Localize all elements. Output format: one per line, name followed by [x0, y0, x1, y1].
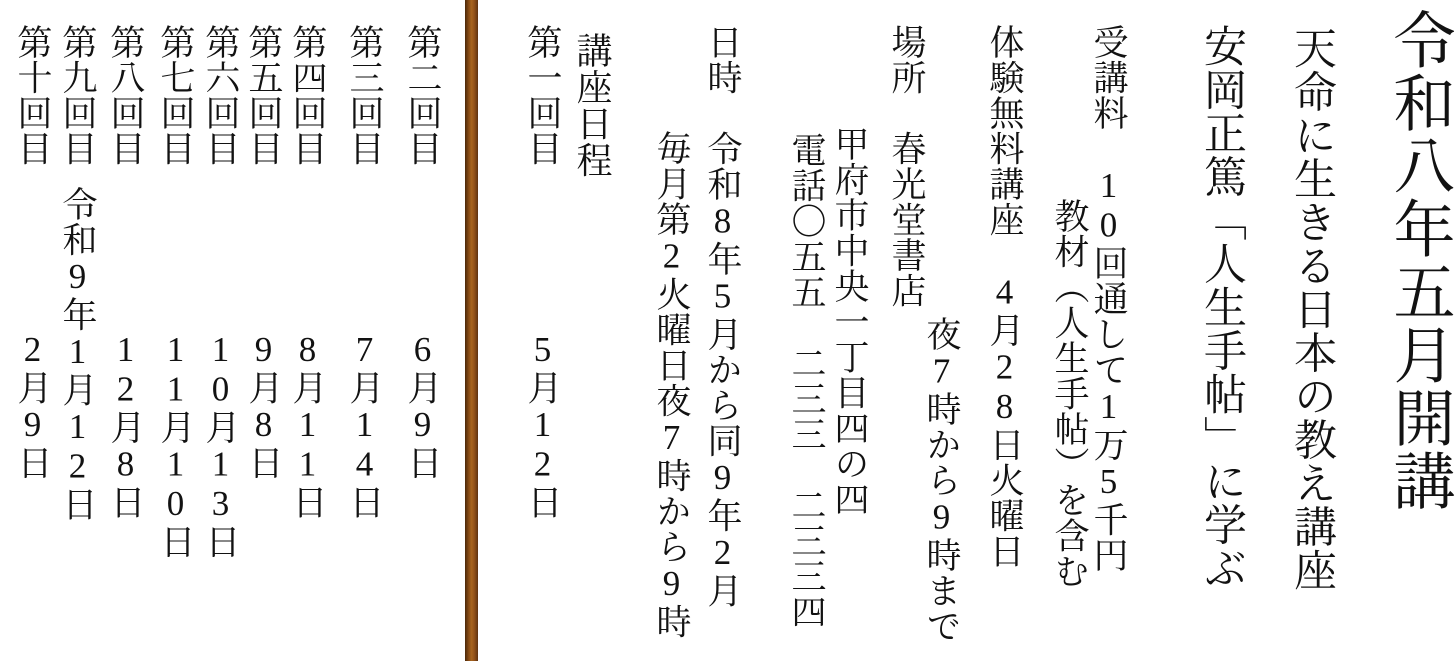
- datetime-note: 毎月第2火曜日夜7時から9時: [654, 130, 689, 639]
- phone-line: 電話〇五五 二三三 二三三四: [789, 132, 824, 629]
- session-9-date: 令和9年1月12日: [60, 186, 95, 522]
- session-5-date: 9月8日: [246, 330, 281, 480]
- session-4-label: 第四回目: [290, 24, 325, 166]
- fee-note: 教材（人生手帖）を含む: [1052, 198, 1087, 589]
- session-4-date: 8月11日: [290, 330, 325, 520]
- session-3-date: 7月14日: [347, 330, 382, 520]
- session-6-label: 第六回目: [203, 24, 238, 166]
- session-5-label: 第五回目: [246, 24, 281, 166]
- fee-line: 受講料 10回通して1万5千円: [1091, 24, 1126, 573]
- address-line: 甲府市中央一丁目四の四: [832, 126, 867, 517]
- session-10-date: 2月9日: [15, 330, 50, 480]
- session-10-label: 第十回目: [15, 24, 50, 166]
- course-name: 安岡正篤「人生手帖」に学ぶ: [1200, 24, 1243, 590]
- session-7-label: 第七回目: [158, 24, 193, 166]
- trial-line: 体験無料講座 4月28日火曜日: [987, 24, 1022, 569]
- session-3-label: 第三回目: [347, 24, 382, 166]
- session-2-date: 6月9日: [405, 330, 440, 480]
- main-title: 令和八年五月開講: [1387, 8, 1449, 512]
- session-8-date: 12月8日: [108, 330, 143, 520]
- datetime-line: 日時 令和8年5月から同9年2月: [705, 24, 740, 608]
- session-2-label: 第二回目: [405, 24, 440, 166]
- session-9-label: 第九回目: [60, 24, 95, 166]
- session-7-date: 11月10日: [158, 330, 193, 559]
- session-1-date: 5月12日: [525, 330, 560, 520]
- session-6-date: 10月13日: [203, 330, 238, 559]
- place-line: 場所 春光堂書店: [889, 24, 924, 308]
- trial-note: 夜7時から9時まで: [924, 316, 959, 644]
- wood-divider-bar: [465, 0, 478, 661]
- course-subtitle: 天命に生きる日本の教え講座: [1290, 26, 1333, 592]
- flyer: 令和八年五月開講 天命に生きる日本の教え講座 安岡正篤「人生手帖」に学ぶ 受講料…: [0, 0, 1456, 661]
- session-1-label: 第一回目: [525, 24, 560, 166]
- session-8-label: 第八回目: [108, 24, 143, 166]
- schedule-heading: 講座日程: [574, 32, 610, 178]
